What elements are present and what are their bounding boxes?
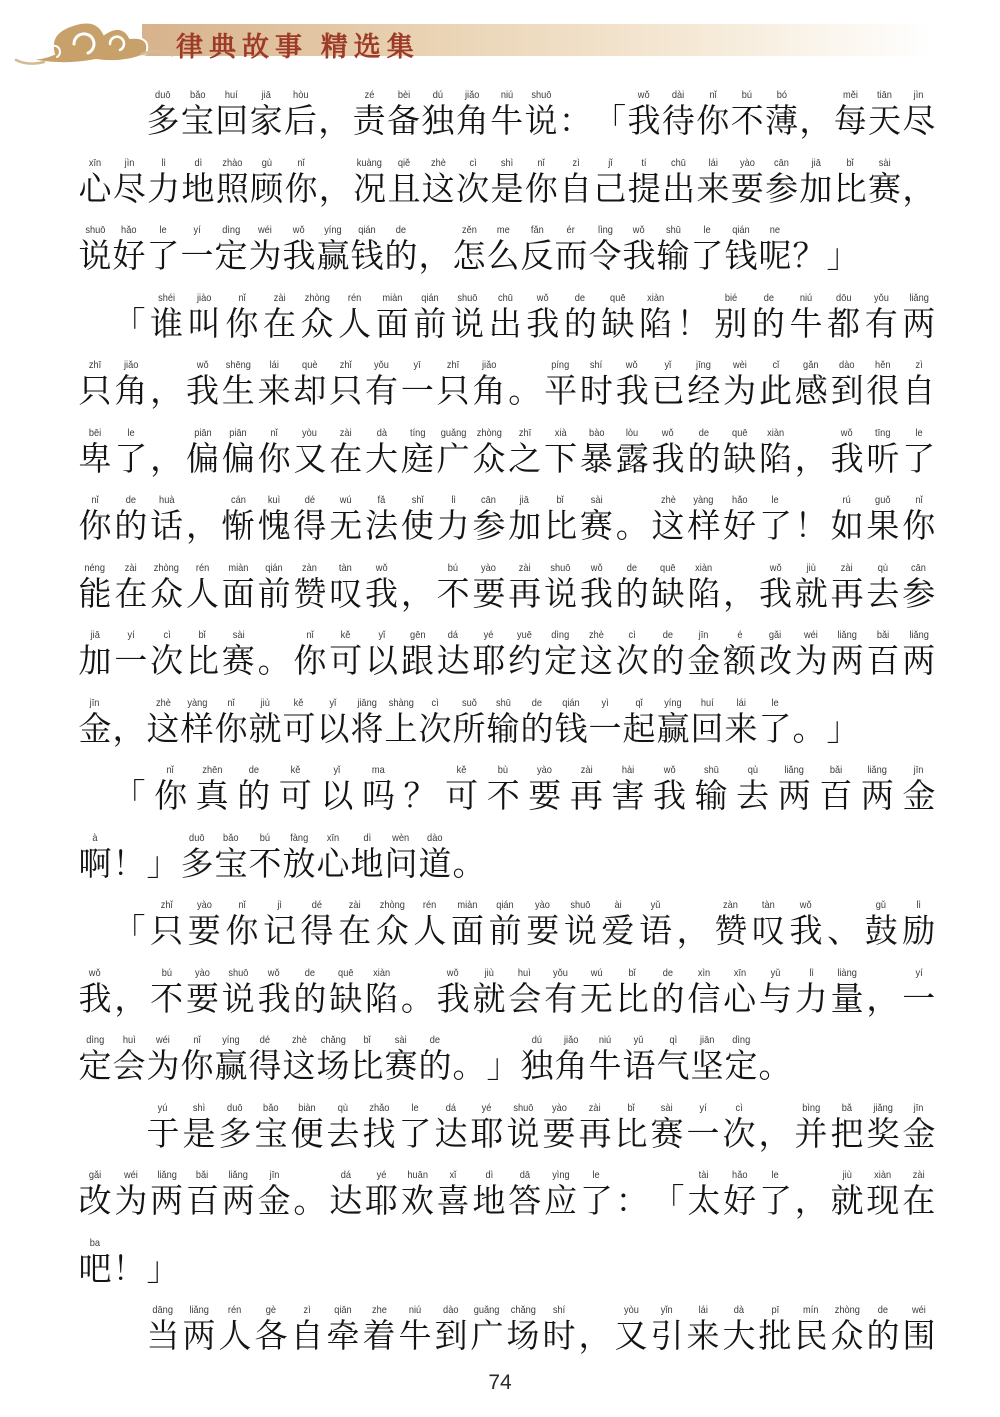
pinyin-annotation: yíng xyxy=(324,223,341,238)
ruby-token: bó薄 xyxy=(764,88,798,141)
hanzi-character: 去 xyxy=(327,1116,360,1154)
pinyin-annotation: duō xyxy=(227,1101,242,1116)
pinyin-annotation: huì xyxy=(518,966,531,981)
ruby-token: de的 xyxy=(237,763,271,816)
pinyin-annotation: qù xyxy=(878,561,888,576)
hanzi-character: 我 xyxy=(258,981,291,1019)
ruby-token: liǎng两 xyxy=(830,628,864,681)
pinyin-annotation: xǐ xyxy=(450,1168,457,1183)
ruby-token: nǐ你 xyxy=(214,696,248,749)
hanzi-character: ， xyxy=(759,1116,792,1154)
hanzi-character: 钱 xyxy=(555,711,588,749)
ruby-token: 、 xyxy=(827,898,861,951)
ruby-token: yí一 xyxy=(180,223,214,276)
pinyin-annotation: dài xyxy=(672,88,684,103)
ruby-token: le了 xyxy=(579,1168,613,1221)
hanzi-character: 生 xyxy=(222,373,255,411)
pinyin-annotation: yǒu xyxy=(874,291,889,306)
hanzi-character: 好 xyxy=(723,1183,756,1221)
ruby-token: yíng赢 xyxy=(316,223,350,276)
pinyin-annotation: shàng xyxy=(388,696,413,711)
ruby-token: bǎo宝 xyxy=(254,1101,288,1154)
ruby-token: dá达 xyxy=(434,1101,468,1154)
ruby-token: shuō说 xyxy=(506,1101,540,1154)
ruby-token: wǒ我 xyxy=(526,291,560,344)
hanzi-character: 欢 xyxy=(401,1183,434,1221)
ruby-token: 」 xyxy=(146,831,180,884)
pinyin-annotation: shuō xyxy=(513,1101,533,1116)
pinyin-annotation: sài xyxy=(232,628,244,643)
ruby-token: bìng并 xyxy=(794,1101,828,1154)
ruby-token: shēng生 xyxy=(221,358,255,411)
pinyin-annotation: yòu xyxy=(302,426,317,441)
pinyin-annotation: jiǎo xyxy=(124,358,138,373)
hanzi-character: 放 xyxy=(283,846,316,884)
pinyin-annotation: niú xyxy=(409,1303,421,1318)
hanzi-character: 了 xyxy=(399,1116,432,1154)
ruby-token: liǎng两 xyxy=(860,763,894,816)
pinyin-annotation: dōu xyxy=(836,291,851,306)
text-line: 「zhǐ只yào要nǐ你jì记dé得zài在zhòng众rén人miàn面qiá… xyxy=(78,898,936,951)
ruby-token: qù去 xyxy=(736,763,770,816)
hanzi-character: 陷 xyxy=(687,576,720,614)
hanzi-character: 时 xyxy=(580,373,613,411)
pinyin-annotation: wǒ xyxy=(841,426,853,441)
hanzi-character: 好 xyxy=(113,238,146,276)
pinyin-annotation: zhǎo xyxy=(369,1101,389,1116)
ruby-token: xià下 xyxy=(544,426,578,479)
pinyin-annotation: wéi xyxy=(804,628,818,643)
ruby-token: yǐn引 xyxy=(650,1303,684,1356)
hanzi-character: 只 xyxy=(329,373,362,411)
pinyin-annotation: yé xyxy=(377,1168,387,1183)
ruby-token: liǎng两 xyxy=(902,291,936,344)
header-band: 律典故事 精选集 xyxy=(142,24,934,56)
ruby-token: wú无 xyxy=(579,966,613,1019)
pinyin-annotation: lì xyxy=(161,156,166,171)
hanzi-character: 改 xyxy=(79,1183,112,1221)
hanzi-character: 。 xyxy=(759,1048,792,1086)
hanzi-character: 来 xyxy=(258,373,291,411)
hanzi-character: ！ xyxy=(113,846,146,884)
pinyin-annotation: liǎng xyxy=(909,628,929,643)
pinyin-annotation: le xyxy=(159,223,166,238)
hanzi-character: 么 xyxy=(487,238,520,276)
ruby-token: dā答 xyxy=(508,1168,542,1221)
hanzi-character: 反 xyxy=(521,238,554,276)
ruby-token: bié别 xyxy=(714,291,748,344)
ruby-token: miàn面 xyxy=(450,898,484,951)
hanzi-character: 薄 xyxy=(765,103,798,141)
hanzi-character: 吗 xyxy=(362,778,395,816)
ruby-token: wǒ我 xyxy=(257,966,291,1019)
ruby-token: 。 xyxy=(508,358,542,411)
hanzi-character: 照 xyxy=(216,171,249,209)
pinyin-annotation: zé xyxy=(364,88,374,103)
hanzi-character: 面 xyxy=(376,306,409,344)
hanzi-character: 你 xyxy=(215,711,248,749)
pinyin-annotation: miàn xyxy=(228,561,248,576)
hanzi-character: 量 xyxy=(831,981,864,1019)
hanzi-character: 我 xyxy=(789,913,822,951)
hanzi-character: 我 xyxy=(652,441,685,479)
hanzi-character: ， xyxy=(902,171,935,209)
hanzi-character: 众 xyxy=(831,1318,864,1356)
hanzi-character: 金 xyxy=(79,711,112,749)
ruby-token: ne呢 xyxy=(758,223,792,276)
pinyin-annotation: wǒ xyxy=(590,561,602,576)
pinyin-annotation: liǎng xyxy=(837,628,857,643)
ruby-token: zhè这 xyxy=(282,1033,316,1086)
hanzi-character: 为 xyxy=(114,1183,147,1221)
pinyin-annotation: de xyxy=(699,426,709,441)
ruby-token: měi每 xyxy=(833,88,867,141)
pinyin-annotation: nǐ xyxy=(167,763,174,778)
text-line: zhī只jiǎo角，wǒ我shēng生lái来què却zhǐ只yǒu有yī一zh… xyxy=(78,358,936,411)
hanzi-character: 的 xyxy=(616,576,649,614)
hanzi-character: 赛 xyxy=(580,508,613,546)
hanzi-character: 加 xyxy=(79,643,112,681)
ruby-token: jiāng将 xyxy=(350,696,384,749)
pinyin-annotation: bìng xyxy=(802,1101,820,1116)
ruby-token: dài待 xyxy=(661,88,695,141)
ruby-token: jīn金 xyxy=(687,628,721,681)
ruby-token: jiù就 xyxy=(794,561,828,614)
ruby-token: ， xyxy=(794,426,828,479)
hanzi-character: 到 xyxy=(435,1318,468,1356)
hanzi-character: 你 xyxy=(284,171,317,209)
hanzi-character: 耶 xyxy=(365,1183,398,1221)
hanzi-character: 「 xyxy=(593,103,626,141)
pinyin-annotation: jiā xyxy=(520,493,529,508)
pinyin-annotation: bú xyxy=(742,88,752,103)
ruby-token: wǒ我 xyxy=(436,966,470,1019)
ruby-token: zhào照 xyxy=(215,156,249,209)
hanzi-character: 比 xyxy=(834,171,867,209)
pinyin-annotation: wèn xyxy=(393,831,410,846)
hanzi-character: 你 xyxy=(525,171,558,209)
hanzi-character: ： xyxy=(559,103,592,141)
pinyin-annotation: gù xyxy=(261,156,271,171)
hanzi-character: 赞 xyxy=(714,913,747,951)
hanzi-character: 的 xyxy=(419,1048,452,1086)
hanzi-character: ， xyxy=(677,913,710,951)
hanzi-character: 我 xyxy=(79,981,112,1019)
ruby-token: ， xyxy=(794,1168,828,1221)
hanzi-character: 你 xyxy=(181,1048,214,1086)
hanzi-character: 」 xyxy=(487,1048,520,1086)
hanzi-character: 愧 xyxy=(258,508,291,546)
hanzi-character: 」 xyxy=(827,711,860,749)
hanzi-character: 只 xyxy=(150,913,183,951)
ruby-token: liǎng两 xyxy=(182,1303,216,1356)
pinyin-annotation: piān xyxy=(194,426,211,441)
hanzi-character: 谁 xyxy=(150,306,183,344)
hanzi-character: ！ xyxy=(677,306,710,344)
pinyin-annotation: duō xyxy=(189,831,204,846)
page-header: 律典故事 精选集 xyxy=(0,8,1000,72)
ruby-token: yìng应 xyxy=(544,1168,578,1221)
pinyin-annotation: dìng xyxy=(732,1033,750,1048)
hanzi-character: 喜 xyxy=(437,1183,470,1221)
hanzi-character: 输 xyxy=(487,711,520,749)
pinyin-annotation: bào xyxy=(589,426,604,441)
ruby-token: quē缺 xyxy=(601,291,635,344)
pinyin-annotation: gēn xyxy=(410,628,425,643)
pinyin-annotation: yǒu xyxy=(553,966,568,981)
hanzi-character: 现 xyxy=(866,1183,899,1221)
pinyin-annotation: zài xyxy=(340,426,352,441)
ruby-token: lái来 xyxy=(686,1303,720,1356)
pinyin-annotation: yào xyxy=(740,156,755,171)
ruby-token: xīn心 xyxy=(316,831,350,884)
ruby-token: zì自 xyxy=(902,358,936,411)
pinyin-annotation: rén xyxy=(423,898,436,913)
ruby-token: hǎo好 xyxy=(723,493,757,546)
pinyin-annotation: shuō xyxy=(531,88,551,103)
pinyin-annotation: yǔ xyxy=(771,966,781,981)
pinyin-annotation: lì xyxy=(809,966,814,981)
hanzi-character: 着 xyxy=(363,1318,396,1356)
pinyin-annotation: shì xyxy=(193,1101,205,1116)
pinyin-annotation: zhòng xyxy=(476,426,501,441)
pinyin-annotation: zhī xyxy=(519,426,531,441)
hanzi-character: 次 xyxy=(723,1116,756,1154)
hanzi-character: 一 xyxy=(902,981,935,1019)
pinyin-annotation: wéi xyxy=(258,223,272,238)
pinyin-annotation: hòu xyxy=(293,88,308,103)
ruby-token: gè各 xyxy=(254,1303,288,1356)
ruby-token: kě可 xyxy=(445,763,479,816)
ruby-token: yòu又 xyxy=(293,426,327,479)
pinyin-annotation: tiān xyxy=(877,88,892,103)
hanzi-character: 庭 xyxy=(401,441,434,479)
ruby-token: zhī只 xyxy=(436,358,470,411)
pinyin-annotation: rén xyxy=(196,561,209,576)
hanzi-character: 己 xyxy=(593,171,626,209)
hanzi-character: 众 xyxy=(376,913,409,951)
hanzi-character: 时 xyxy=(543,1318,576,1356)
ruby-token: dú独 xyxy=(520,1033,554,1086)
ruby-token: biàn便 xyxy=(290,1101,324,1154)
hanzi-character: 而 xyxy=(555,238,588,276)
hanzi-character: 。 xyxy=(453,1048,486,1086)
ruby-token: de的 xyxy=(418,1033,452,1086)
hanzi-character: 耶 xyxy=(472,643,505,681)
ruby-token: 」 xyxy=(826,696,860,749)
pinyin-annotation: kuì xyxy=(268,493,280,508)
hanzi-character: 你 xyxy=(696,103,729,141)
ruby-token: dì地 xyxy=(472,1168,506,1221)
ruby-token: lì励 xyxy=(902,898,936,951)
pinyin-annotation: quē xyxy=(338,966,353,981)
ruby-token: yé耶 xyxy=(472,628,506,681)
pinyin-annotation: shí xyxy=(590,358,602,373)
pinyin-annotation: de xyxy=(763,291,773,306)
hanzi-character: 。 xyxy=(293,1183,326,1221)
hanzi-character: 耶 xyxy=(471,1116,504,1154)
pinyin-annotation: rén xyxy=(348,291,361,306)
hanzi-character: 在 xyxy=(263,306,296,344)
pinyin-annotation: le xyxy=(411,1101,418,1116)
hanzi-character: 地 xyxy=(181,171,214,209)
hanzi-character: 缺 xyxy=(723,441,756,479)
hanzi-character: 额 xyxy=(723,643,756,681)
pinyin-annotation: dá xyxy=(341,1168,351,1183)
ruby-token: le了 xyxy=(758,1168,792,1221)
hanzi-character: 自 xyxy=(559,171,592,209)
ruby-token: zhè这 xyxy=(651,493,685,546)
ruby-token: bǐ比 xyxy=(614,1101,648,1154)
pinyin-annotation: wǒ xyxy=(447,966,459,981)
hanzi-character: 钱 xyxy=(351,238,384,276)
ruby-token: ？ xyxy=(792,223,826,276)
ruby-token: jǐ己 xyxy=(593,156,627,209)
pinyin-annotation: yǐn xyxy=(661,1303,673,1318)
ruby-token: de的 xyxy=(751,291,785,344)
pinyin-annotation: de xyxy=(575,291,585,306)
ruby-token: nǐ你 xyxy=(902,493,936,546)
hanzi-character: 回 xyxy=(215,103,248,141)
ruby-token: chǎng场 xyxy=(506,1303,540,1356)
pinyin-annotation: zhè xyxy=(661,493,676,508)
hanzi-character: 到 xyxy=(831,373,864,411)
hanzi-character: 独 xyxy=(421,103,454,141)
text-line: 「nǐ你zhēn真de的kě可yǐ以ma吗？kě可bù不yào要zài再hài害… xyxy=(78,763,936,816)
ruby-token: guǎng广 xyxy=(436,426,470,479)
ruby-token: jiā加 xyxy=(78,628,112,681)
pinyin-annotation: yú xyxy=(158,1101,168,1116)
ruby-token: xīn心 xyxy=(78,156,112,209)
hanzi-character: 面 xyxy=(451,913,484,951)
hanzi-character: 叫 xyxy=(188,306,221,344)
hanzi-character: 无 xyxy=(329,508,362,546)
ruby-token: wǒ我 xyxy=(653,763,687,816)
ruby-token: ！ xyxy=(112,1236,146,1289)
hanzi-character: 缺 xyxy=(652,576,685,614)
ruby-token: dá达 xyxy=(436,628,470,681)
hanzi-character: 、 xyxy=(827,913,860,951)
hanzi-character: ， xyxy=(150,373,183,411)
hanzi-character: 次 xyxy=(616,643,649,681)
hanzi-character: 说 xyxy=(79,238,112,276)
pinyin-annotation: liǎng xyxy=(228,1168,248,1183)
pinyin-annotation: jiù xyxy=(807,561,816,576)
hanzi-character: 众 xyxy=(301,306,334,344)
hanzi-character: 宝 xyxy=(255,1116,288,1154)
ruby-token: tài太 xyxy=(687,1168,721,1221)
pinyin-annotation: chū xyxy=(671,156,686,171)
ruby-token: bǎo宝 xyxy=(214,831,248,884)
ruby-token: le了 xyxy=(398,1101,432,1154)
ruby-token: qù去 xyxy=(866,561,900,614)
hanzi-character: 我 xyxy=(653,778,686,816)
ruby-token: jiā加 xyxy=(508,493,542,546)
ruby-token: ， xyxy=(112,696,146,749)
ruby-token: de的 xyxy=(615,561,649,614)
pinyin-annotation: zàn xyxy=(723,898,738,913)
pinyin-annotation: bǐ xyxy=(363,1033,370,1048)
ruby-token: gǎi改 xyxy=(758,628,792,681)
pinyin-annotation: cān xyxy=(911,561,926,576)
pinyin-annotation: dá xyxy=(448,628,458,643)
pinyin-annotation: wǒ xyxy=(197,358,209,373)
pinyin-annotation: dé xyxy=(312,898,322,913)
hanzi-character: 会 xyxy=(508,981,541,1019)
ruby-token: wǒ我 xyxy=(185,358,219,411)
hanzi-character: 就 xyxy=(249,711,282,749)
pinyin-annotation: yào xyxy=(195,966,210,981)
pinyin-annotation: néng xyxy=(85,561,106,576)
hanzi-character: 后 xyxy=(284,103,317,141)
ruby-token: wǒ我 xyxy=(758,561,792,614)
pinyin-annotation: xiàn xyxy=(373,966,390,981)
pinyin-annotation: dì xyxy=(485,1168,493,1183)
pinyin-annotation: chǎng xyxy=(320,1033,345,1048)
hanzi-character: 金 xyxy=(903,1116,936,1154)
ruby-token: piān偏 xyxy=(185,426,219,479)
ruby-token: tàn叹 xyxy=(329,561,363,614)
ruby-token: de的 xyxy=(384,223,418,276)
ruby-token: miàn面 xyxy=(221,561,255,614)
pinyin-annotation: qián xyxy=(421,291,438,306)
hanzi-character: 如 xyxy=(831,508,864,546)
pinyin-annotation: wú xyxy=(340,493,352,508)
ruby-token: fàng放 xyxy=(282,831,316,884)
ruby-token: yǔ与 xyxy=(758,966,792,1019)
hanzi-character: 只 xyxy=(437,373,470,411)
pinyin-annotation: xīn xyxy=(327,831,339,846)
ruby-token: guǎng广 xyxy=(470,1303,504,1356)
pinyin-annotation: wǒ xyxy=(633,223,645,238)
pinyin-annotation: zhòng xyxy=(154,561,179,576)
pinyin-annotation: zài xyxy=(349,898,361,913)
hanzi-character: 心 xyxy=(723,981,756,1019)
hanzi-character: 鼓 xyxy=(865,913,898,951)
ruby-token: dà大 xyxy=(722,1303,756,1356)
pinyin-annotation: le xyxy=(593,1168,600,1183)
ruby-token: niú牛 xyxy=(490,88,524,141)
cloud-ornament-icon xyxy=(14,10,174,72)
hanzi-character: 家 xyxy=(250,103,283,141)
ruby-token: xīn心 xyxy=(723,966,757,1019)
hanzi-character: 不 xyxy=(150,981,183,1019)
pinyin-annotation: zhè xyxy=(292,1033,307,1048)
ruby-token: wéi为 xyxy=(114,1168,148,1221)
ruby-token: piān偏 xyxy=(221,426,255,479)
ruby-token: nǐ你 xyxy=(225,898,259,951)
pinyin-annotation: quē xyxy=(610,291,625,306)
pinyin-annotation: yào xyxy=(537,763,552,778)
pinyin-annotation: ne xyxy=(770,223,780,238)
ruby-token: yǒu有 xyxy=(365,358,399,411)
hanzi-character: 赢 xyxy=(215,1048,248,1086)
ruby-token: tí提 xyxy=(627,156,661,209)
hanzi-character: ， xyxy=(866,981,899,1019)
ruby-token: huí回 xyxy=(215,88,249,141)
ruby-token: lái来 xyxy=(257,358,291,411)
pinyin-annotation: xìn xyxy=(698,966,710,981)
hanzi-character: 来 xyxy=(687,1318,720,1356)
hanzi-character: 要 xyxy=(472,576,505,614)
hanzi-character: 百 xyxy=(819,778,852,816)
hanzi-character: 害 xyxy=(611,778,644,816)
hanzi-character: ， xyxy=(579,1318,612,1356)
text-line: shuō说hǎo好le了yí一dìng定wéi为wǒ我yíng赢qián钱de的… xyxy=(78,223,936,276)
hanzi-character: 的 xyxy=(652,981,685,1019)
pinyin-annotation: qián xyxy=(358,223,375,238)
ruby-token: yǐ以 xyxy=(365,628,399,681)
